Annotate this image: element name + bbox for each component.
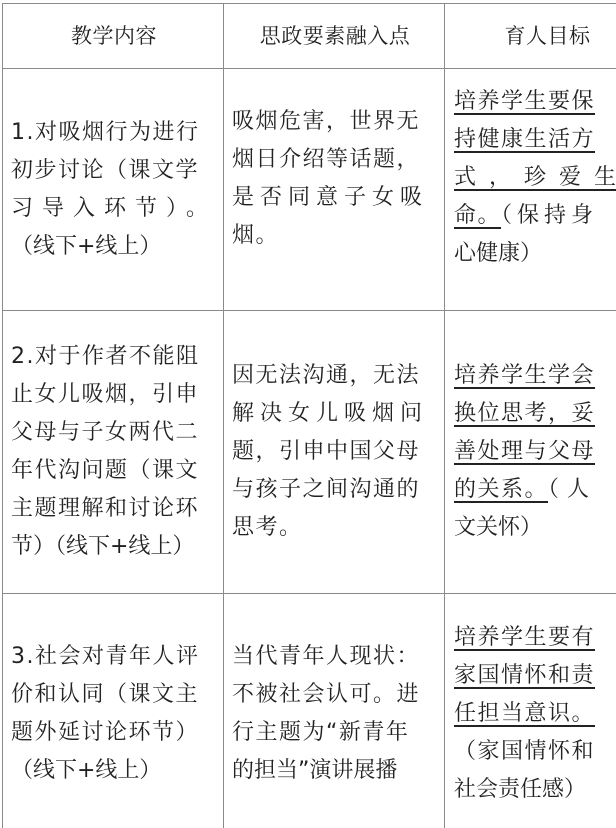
cell-text: 行主题为“新青年 — [232, 714, 438, 752]
cell-text: 不被社会认可。进 — [232, 676, 438, 714]
header-label: 育人目标 — [505, 17, 591, 55]
cell-text: 3.社会对青年人评 — [11, 638, 217, 676]
cell-text: 的担当”演讲展播 — [232, 752, 438, 790]
goal-underlined-text: 培养学生要保 — [453, 83, 616, 121]
education-goal-cell: 培养学生要保 持健康生活方 式，珍爱生 命。（保持身 心健康） — [444, 69, 616, 310]
cell-text: 止女儿吸烟，引申 — [11, 376, 217, 414]
cell-text: 题，引申中国父母 — [232, 433, 438, 471]
cell-text: 价和认同（课文主 — [11, 676, 217, 714]
goal-underlined-text: 任担当意识。 — [453, 695, 616, 733]
cell-text: 烟日介绍等话题， — [232, 141, 438, 179]
goal-underlined-text: 培养学生学会 — [453, 357, 616, 395]
goal-underlined-text: 家国情怀和责 — [453, 657, 616, 695]
cell-text: 当代青年人现状： — [232, 638, 438, 676]
education-goal-cell: 培养学生学会 换位思考，妥 善处理与父母 的关系。（人 文关怀） — [444, 311, 616, 593]
table-row: 2.对于作者不能阻 止女儿吸烟，引申 父母与子女两代二 年代沟问题（课文 主题理… — [2, 311, 616, 594]
cell-text: 吸烟危害，世界无 — [232, 103, 438, 141]
header-teaching-content: 教学内容 — [2, 4, 223, 68]
cell-text: 主题理解和讨论环 — [11, 490, 217, 528]
integration-point-cell: 吸烟危害，世界无 烟日介绍等话题， 是否同意子女吸 烟。 — [223, 69, 444, 310]
teaching-content-cell: 3.社会对青年人评 价和认同（课文主 题外延讨论环节） （线下+线上） — [2, 594, 223, 828]
cell-text: 因无法沟通，无法 — [232, 357, 438, 395]
header-education-goal: 育人目标 — [444, 4, 616, 68]
integration-point-cell: 因无法沟通，无法 解决女儿吸烟问 题，引申中国父母 与孩子之间沟通的 思考。 — [223, 311, 444, 593]
header-label: 教学内容 — [71, 17, 157, 55]
cell-text: 与孩子之间沟通的 — [232, 471, 438, 509]
goal-underlined-text: 换位思考，妥 — [453, 395, 616, 433]
goal-category-text: （家国情怀和 — [453, 733, 616, 771]
header-integration-point: 思政要素融入点 — [223, 4, 444, 68]
ideological-teaching-table: 教学内容 思政要素融入点 育人目标 1.对吸烟行为进行 初步讨论（课文学 习导入… — [2, 3, 616, 828]
teaching-content-cell: 2.对于作者不能阻 止女儿吸烟，引申 父母与子女两代二 年代沟问题（课文 主题理… — [2, 311, 223, 593]
teaching-content-cell: 1.对吸烟行为进行 初步讨论（课文学 习导入环节）。 （线下+线上） — [2, 69, 223, 310]
goal-underlined-text: 培养学生要有 — [453, 619, 616, 657]
goal-underlined-text: 式，珍爱生 — [453, 159, 616, 197]
cell-text: （线下+线上） — [11, 752, 217, 790]
header-label: 思政要素融入点 — [260, 17, 411, 55]
integration-point-cell: 当代青年人现状： 不被社会认可。进 行主题为“新青年 的担当”演讲展播 — [223, 594, 444, 828]
cell-text: 思考。 — [232, 509, 438, 547]
goal-category-text: （人 — [548, 477, 597, 502]
cell-text: 2.对于作者不能阻 — [11, 338, 217, 376]
cell-text: 题外延讨论环节） — [11, 714, 217, 752]
cell-text: 解决女儿吸烟问 — [232, 395, 438, 433]
cell-text: 年代沟问题（课文 — [11, 452, 217, 490]
cell-text: 习导入环节）。 — [11, 190, 217, 228]
cell-text: 初步讨论（课文学 — [11, 152, 217, 190]
goal-underlined-text: 命。 — [454, 203, 501, 228]
goal-category-text: 社会责任感） — [453, 771, 616, 809]
cell-text: 1.对吸烟行为进行 — [11, 114, 217, 152]
cell-text: （线下+线上） — [11, 228, 217, 266]
goal-category-text: 文关怀） — [453, 509, 616, 547]
table-header-row: 教学内容 思政要素融入点 育人目标 — [2, 3, 616, 69]
goal-category-text: 心健康） — [453, 235, 616, 273]
table-row: 1.对吸烟行为进行 初步讨论（课文学 习导入环节）。 （线下+线上） 吸烟危害，… — [2, 69, 616, 311]
goal-category-text: （保持身 — [501, 203, 598, 228]
goal-underlined-text: 善处理与父母 — [453, 433, 616, 471]
cell-text: 是否同意子女吸 — [232, 179, 438, 217]
goal-underlined-text: 的关系。 — [454, 477, 548, 502]
education-goal-cell: 培养学生要有 家国情怀和责 任担当意识。 （家国情怀和 社会责任感） — [444, 594, 616, 828]
table-row: 3.社会对青年人评 价和认同（课文主 题外延讨论环节） （线下+线上） 当代青年… — [2, 594, 616, 828]
goal-underlined-text: 持健康生活方 — [453, 121, 616, 159]
cell-text: 父母与子女两代二 — [11, 414, 217, 452]
cell-text: 烟。 — [232, 217, 438, 255]
cell-text: 节）（线下+线上） — [11, 528, 217, 566]
